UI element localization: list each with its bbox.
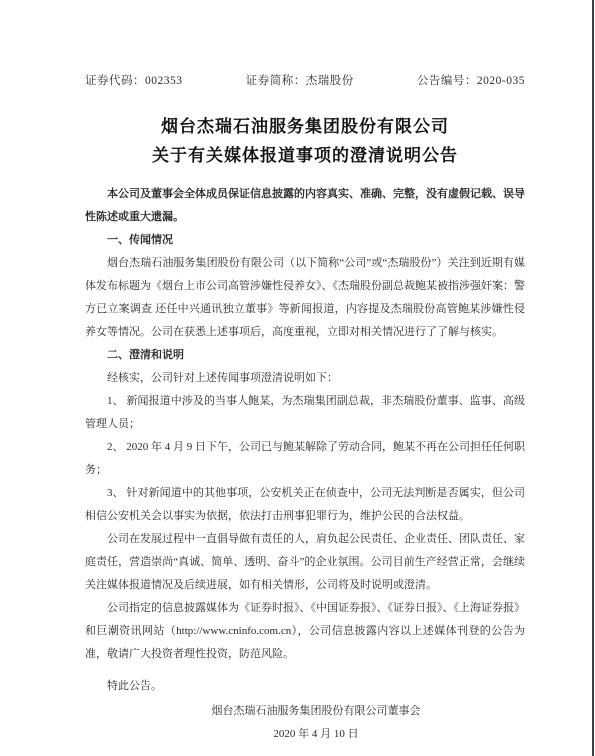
signature-date: 2020 年 4 月 10 日 xyxy=(85,723,525,746)
document-content: 证券代码：002353 证券简称：杰瑞股份 公告编号：2020-035 烟台杰瑞… xyxy=(0,0,595,746)
title-line-company: 烟台杰瑞石油服务集团股份有限公司 xyxy=(85,112,525,141)
signature-board-of-directors: 烟台杰瑞石油服务集团股份有限公司董事会 xyxy=(85,700,525,723)
title-line-subject: 关于有关媒体报道事项的澄清说明公告 xyxy=(85,141,525,170)
clarification-item-2: 2、 2020 年 4 月 9 日下午，公司已与鲍某解除了劳动合同，鲍某不再在公… xyxy=(85,436,525,482)
section-2-heading: 二、澄清和说明 xyxy=(85,344,525,367)
clarification-item-3: 3、 针对新闻道中的其他事项，公安机关正在侦查中，公司无法判断是否属实，但公司相… xyxy=(85,482,525,528)
section-1-heading: 一、传闻情况 xyxy=(85,229,525,252)
announcement-document-page: 证券代码：002353 证券简称：杰瑞股份 公告编号：2020-035 烟台杰瑞… xyxy=(0,0,595,756)
announcement-number: 公告编号：2020-035 xyxy=(417,72,525,88)
clarification-intro: 经核实，公司针对上述传闻事项澄清说明如下： xyxy=(85,367,525,390)
page-right-border xyxy=(592,0,594,756)
document-header-row: 证券代码：002353 证券简称：杰瑞股份 公告编号：2020-035 xyxy=(85,72,525,88)
stock-abbr: 证券简称：杰瑞股份 xyxy=(246,72,354,88)
rumor-situation-paragraph: 烟台杰瑞石油服务集团股份有限公司（以下简称“公司”或“杰瑞股份”）关注到近期有媒… xyxy=(85,252,525,344)
document-title: 烟台杰瑞石油服务集团股份有限公司 关于有关媒体报道事项的澄清说明公告 xyxy=(85,112,525,170)
stock-code: 证券代码：002353 xyxy=(85,72,183,88)
clarification-item-1: 1、 新闻报道中涉及的当事人鲍某，为杰瑞集团副总裁，非杰瑞股份董事、监事、高级管… xyxy=(85,390,525,436)
closing-statement: 特此公告。 xyxy=(85,675,525,698)
disclosure-media-paragraph: 公司指定的信息披露媒体为《证券时报》、《中国证券报》、《证券日报》、《上海证券报… xyxy=(85,597,525,666)
disclaimer-paragraph: 本公司及董事会全体成员保证信息披露的内容真实、准确、完整，没有虚假记载、误导性陈… xyxy=(85,183,525,229)
company-values-paragraph: 公司在发展过程中一直倡导做有责任的人，肩负起公民责任、企业责任、团队责任、家庭责… xyxy=(85,528,525,597)
document-body: 本公司及董事会全体成员保证信息披露的内容真实、准确、完整，没有虚假记载、误导性陈… xyxy=(85,183,525,746)
